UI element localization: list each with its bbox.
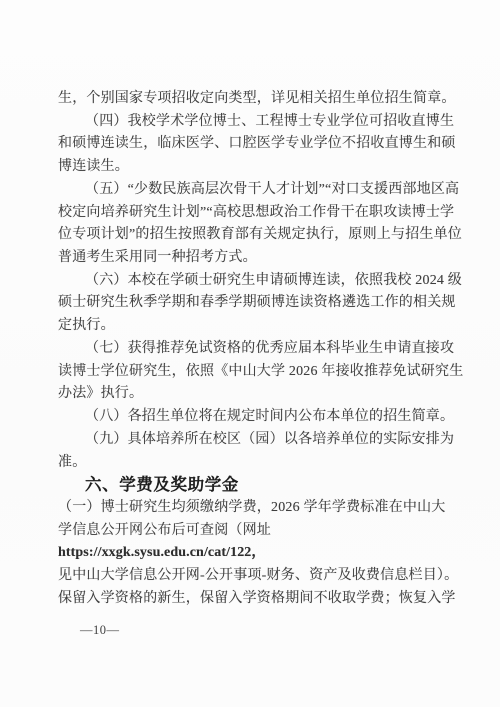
text-line-para-4: （四）我校学术学位博士、工程博士专业学位可招收直博生 (58, 111, 458, 134)
text-line: 生，个别国家专项招收定向类型，详见相关招生单位招生简章。 (58, 88, 458, 111)
text-line-para-7: （七）获得推荐免试资格的优秀应届本科毕业生申请直接攻 (58, 338, 458, 361)
page-number: —10— (80, 622, 120, 638)
text-line-para-1: （一）博士研究生均须缴纳学费，2026 学年学费标准在中山大 (58, 497, 458, 520)
text-line: 定执行。 (58, 315, 458, 338)
text-line: 硕士研究生秋季学期和春季学期硕博连读资格遴选工作的相关规 (58, 292, 458, 315)
text-line: 学信息公开网公布后可查阅（网址 (58, 520, 458, 543)
text-line: 读博士学位研究生，依照《中山大学 2026 年接收推荐免试研究生 (58, 361, 458, 384)
text-line-para-9: （九）具体培养所在校区（园）以各培养单位的实际安排为 (58, 429, 458, 452)
text-line: 保留入学资格的新生，保留入学资格期间不收取学费；恢复入学 (58, 588, 458, 611)
text-line: 普通考生采用同一种招考方式。 (58, 247, 458, 270)
text-line: 校定向培养研究生计划”“高校思想政治工作骨干在职攻读博士学 (58, 202, 458, 225)
text-line: 准。 (58, 452, 458, 475)
text-line: 办法》执行。 (58, 383, 458, 406)
text-line-para-6: （六）本校在学硕士研究生申请硕博连读，依照我校 2024 级 (58, 270, 458, 293)
text-block: 生，个别国家专项招收定向类型，详见相关招生单位招生简章。 （四）我校学术学位博士… (58, 88, 458, 611)
text-line: 博连读生。 (58, 156, 458, 179)
document-page: 生，个别国家专项招收定向类型，详见相关招生单位招生简章。 （四）我校学术学位博士… (0, 0, 500, 707)
url-text: https://xxgk.sysu.edu.cn/cat/122， (58, 542, 458, 565)
section-heading-fees: 六、学费及奖助学金 (58, 474, 458, 497)
text-line: 和硕博连读生，临床医学、口腔医学专业学位不招收直博生和硕 (58, 133, 458, 156)
text-line: 见中山大学信息公开网-公开事项-财务、资产及收费信息栏目）。 (58, 565, 458, 588)
text-line-para-5: （五）“少数民族高层次骨干人才计划”“对口支援西部地区高 (58, 179, 458, 202)
text-line: 位专项计划”的招生按照教育部有关规定执行，原则上与招生单位 (58, 224, 458, 247)
text-line-para-8: （八）各招生单位将在规定时间内公布本单位的招生简章。 (58, 406, 458, 429)
